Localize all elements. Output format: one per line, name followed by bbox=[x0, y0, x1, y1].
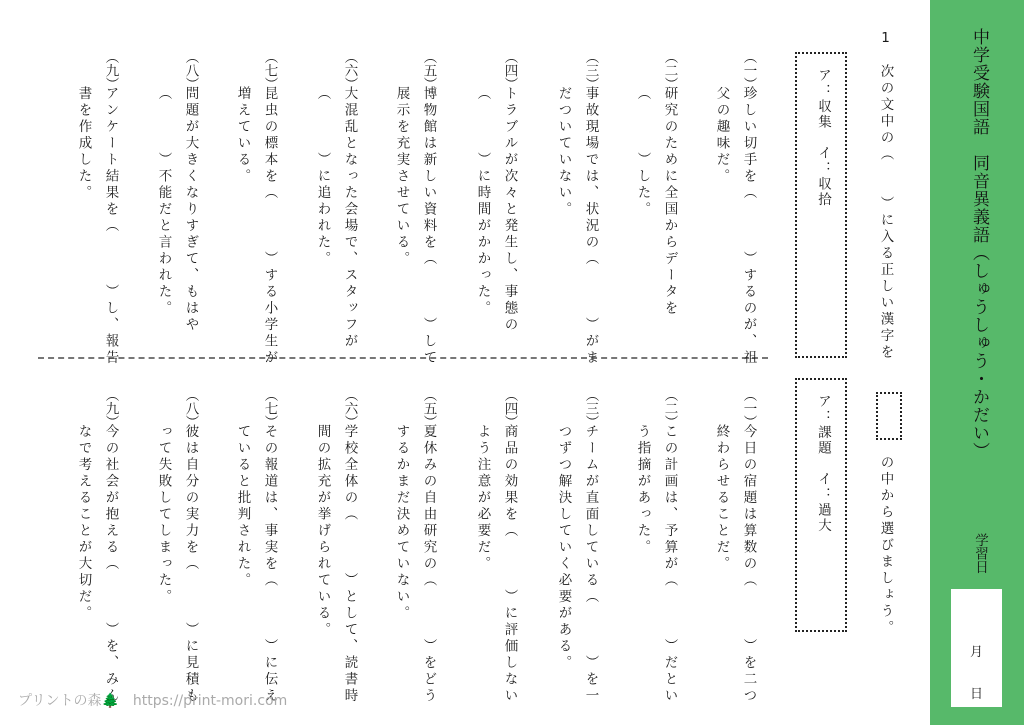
date-label: 学習日 bbox=[970, 533, 990, 574]
question-line-1: アンケート結果を（ ）し、報告 bbox=[103, 86, 117, 367]
question-line-2: （ ）不能だと言われた。 bbox=[156, 86, 170, 317]
question-line-2: （ ）した。 bbox=[635, 86, 649, 218]
tree-icon: 🌲 bbox=[101, 693, 118, 709]
question-line-1: 研究のために全国からデータを bbox=[662, 86, 676, 317]
question-number: 1 bbox=[878, 30, 892, 49]
question-line-2: う指摘があった。 bbox=[635, 424, 649, 556]
question-number: （四） bbox=[502, 388, 516, 429]
question-line-2: 展示を充実させている。 bbox=[394, 86, 408, 268]
question-line-1: 大混乱となった会場で、スタッフが bbox=[342, 86, 356, 350]
site-url[interactable]: https://print-mori.com bbox=[133, 693, 287, 709]
month-label: 月 bbox=[970, 641, 983, 660]
question-line-2: つずつ解決していく必要がある。 bbox=[556, 424, 570, 672]
question-line-2: 間の拡充が挙げられている。 bbox=[315, 424, 329, 639]
question-number: （八） bbox=[183, 50, 197, 91]
question-line-1: 昆虫の標本を（ ）する小学生が bbox=[262, 86, 276, 367]
question-line-2: だついていない。 bbox=[556, 86, 570, 218]
question-line-1: この計画は、予算が（ ）だとい bbox=[662, 424, 676, 705]
question-number: （七） bbox=[262, 50, 276, 91]
question-number: （六） bbox=[342, 388, 356, 429]
question-number: （三） bbox=[583, 50, 597, 91]
question-line-2: 父の趣味だ。 bbox=[714, 86, 728, 185]
inline-choice-box-icon bbox=[876, 392, 902, 440]
question-number: （八） bbox=[183, 388, 197, 429]
question-number: （三） bbox=[583, 388, 597, 429]
question-number: （四） bbox=[502, 50, 516, 91]
instruction-text-before: 次の文中の（ ）に入る正しい漢字を bbox=[878, 64, 892, 361]
question-number: （二） bbox=[662, 50, 676, 91]
question-line-1: 博物館は新しい資料を（ ）して bbox=[421, 86, 435, 367]
date-box[interactable]: 月 日 bbox=[951, 589, 1002, 707]
question-number: （五） bbox=[421, 388, 435, 429]
section-divider bbox=[38, 357, 768, 359]
question-line-1: 商品の効果を（ ）に評価しない bbox=[502, 424, 516, 705]
question-line-1: 事故現場では、状況の（ ）がま bbox=[583, 86, 597, 367]
choices-2: ア：課題 イ：過大 bbox=[813, 394, 833, 534]
question-line-2: 終わらせることだ。 bbox=[714, 424, 728, 573]
question-line-2: 増えている。 bbox=[235, 86, 249, 185]
question-line-2: って失敗してしまった。 bbox=[156, 424, 170, 606]
question-number: （七） bbox=[262, 388, 276, 429]
question-number: （九） bbox=[103, 50, 117, 91]
instruction-text-after: の中から選びましょう。 bbox=[878, 455, 892, 637]
question-line-1: 夏休みの自由研究の（ ）をどう bbox=[421, 424, 435, 705]
question-line-2: 書を作成した。 bbox=[76, 86, 90, 202]
question-line-2: （ ）に追われた。 bbox=[315, 86, 329, 268]
worksheet-title: 中学受験国語 同音異義語（しゅうしゅう・かだい） bbox=[967, 28, 992, 460]
question-line-2: なで考えることが大切だ。 bbox=[76, 424, 90, 622]
question-number: （九） bbox=[103, 388, 117, 429]
question-line-2: よう注意が必要だ。 bbox=[475, 424, 489, 573]
brand-name: プリントの森 bbox=[18, 693, 101, 709]
choices-1: ア：収集 イ：収拾 bbox=[813, 68, 833, 208]
question-line-1: 学校全体の（ ）として、読書時 bbox=[342, 424, 356, 705]
question-line-1: 珍しい切手を（ ）するのが、祖 bbox=[741, 86, 755, 367]
question-number: （五） bbox=[421, 50, 435, 91]
choice-box-2: ア：課題 イ：過大 bbox=[795, 378, 847, 632]
question-line-1: 問題が大きくなりすぎて、もはや bbox=[183, 86, 197, 334]
question-number: （六） bbox=[342, 50, 356, 91]
question-number: （二） bbox=[662, 388, 676, 429]
question-number: （一） bbox=[741, 388, 755, 429]
question-line-1: トラブルが次々と発生し、事態の bbox=[502, 86, 516, 334]
question-line-2: （ ）に時間がかかった。 bbox=[475, 86, 489, 317]
choice-box-1: ア：収集 イ：収拾 bbox=[795, 52, 847, 358]
question-line-1: チームが直面している（ ）を一 bbox=[583, 424, 597, 705]
question-line-2: するかまだ決めていない。 bbox=[394, 424, 408, 622]
footer: プリントの森🌲https://print-mori.com bbox=[18, 690, 287, 710]
question-line-1: 今日の宿題は算数の（ ）を二つ bbox=[741, 424, 755, 705]
day-label: 日 bbox=[970, 683, 983, 702]
question-line-2: ていると批判された。 bbox=[235, 424, 249, 589]
question-line-1: その報道は、事実を（ ）に伝え bbox=[262, 424, 276, 705]
question-line-1: 今の社会が抱える（ ）を、みん bbox=[103, 424, 117, 705]
question-number: （一） bbox=[741, 50, 755, 91]
question-line-1: 彼は自分の実力を（ ）に見積も bbox=[183, 424, 197, 705]
